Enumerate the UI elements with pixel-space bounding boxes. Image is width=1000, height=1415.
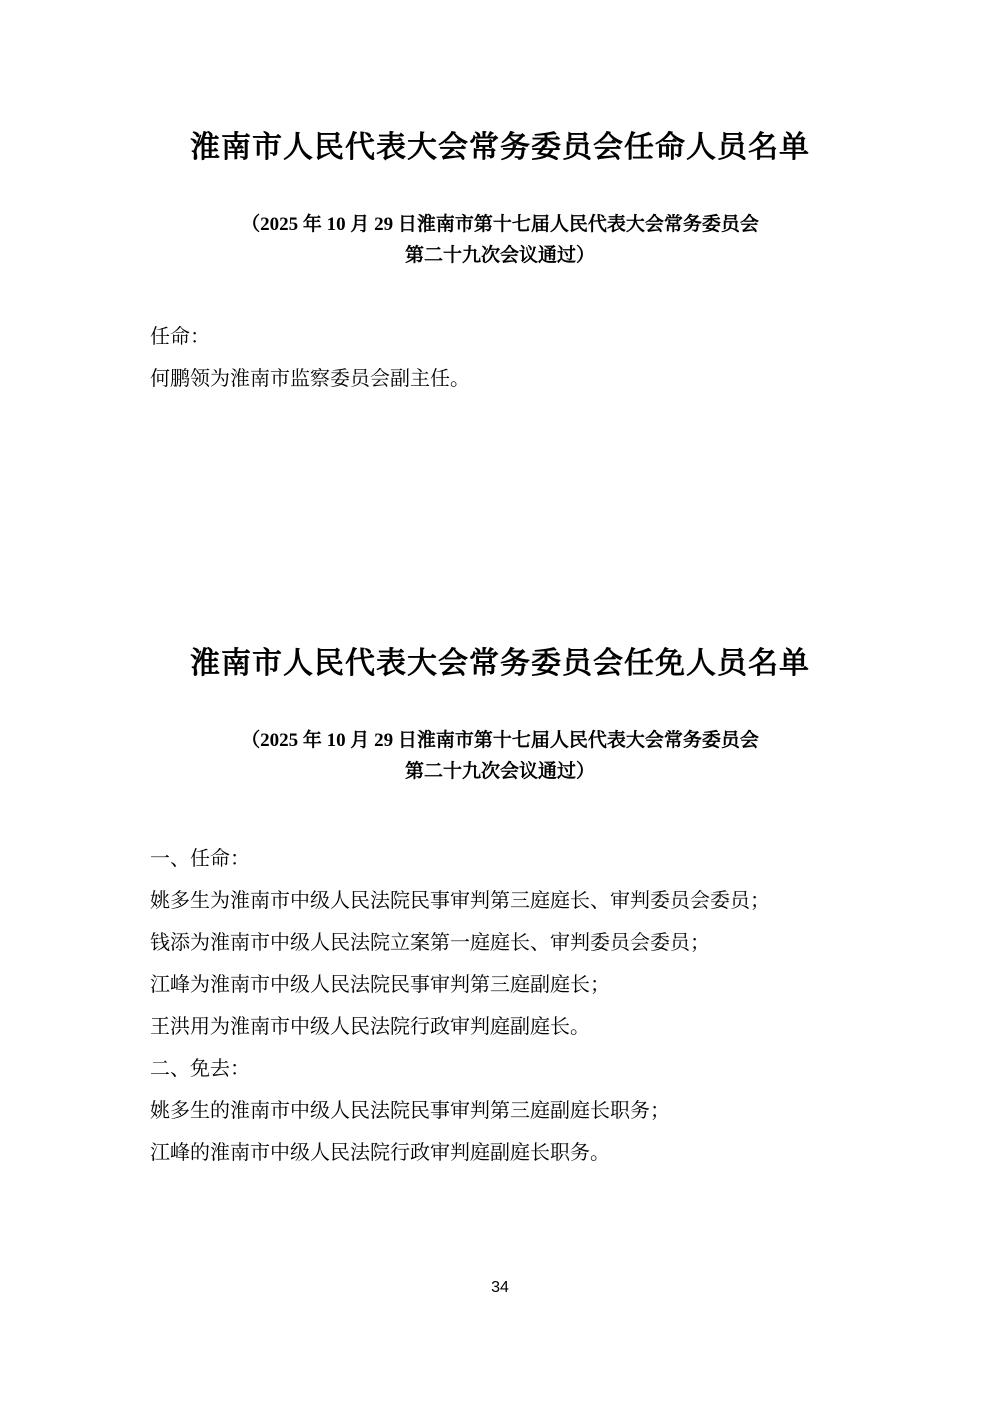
document-page: 淮南市人民代表大会常务委员会任命人员名单 （2025 年 10 月 29 日淮南…	[0, 0, 1000, 1415]
section-1-title: 淮南市人民代表大会常务委员会任命人员名单	[0, 130, 1000, 166]
section-2-subtitle: （2025 年 10 月 29 日淮南市第十七届人民代表大会常务委员会 第二十九…	[0, 725, 1000, 787]
section-1-body: 任命： 何鹏领为淮南市监察委员会副主任。	[150, 316, 850, 400]
section-2-body: 一、任命： 姚多生为淮南市中级人民法院民事审判第三庭庭长、审判委员会委员； 钱添…	[150, 838, 850, 1174]
section-1-subtitle-line-2: 第二十九次会议通过）	[0, 240, 1000, 271]
paragraph: 王洪用为淮南市中级人民法院行政审判庭副庭长。	[150, 1006, 850, 1048]
paragraph: 任命：	[150, 316, 850, 358]
paragraph: 何鹏领为淮南市监察委员会副主任。	[150, 358, 850, 400]
section-1-subtitle-line-1: （2025 年 10 月 29 日淮南市第十七届人民代表大会常务委员会	[0, 209, 1000, 240]
page-number: 34	[0, 1277, 1000, 1299]
section-2-subtitle-line-1: （2025 年 10 月 29 日淮南市第十七届人民代表大会常务委员会	[0, 725, 1000, 756]
paragraph: 钱添为淮南市中级人民法院立案第一庭庭长、审判委员会委员；	[150, 922, 850, 964]
paragraph: 姚多生的淮南市中级人民法院民事审判第三庭副庭长职务；	[150, 1090, 850, 1132]
paragraph: 江峰为淮南市中级人民法院民事审判第三庭副庭长；	[150, 964, 850, 1006]
paragraph: 江峰的淮南市中级人民法院行政审判庭副庭长职务。	[150, 1132, 850, 1174]
paragraph: 姚多生为淮南市中级人民法院民事审判第三庭庭长、审判委员会委员；	[150, 880, 850, 922]
paragraph: 二、免去：	[150, 1048, 850, 1090]
section-1-subtitle: （2025 年 10 月 29 日淮南市第十七届人民代表大会常务委员会 第二十九…	[0, 209, 1000, 271]
section-2-title: 淮南市人民代表大会常务委员会任免人员名单	[0, 646, 1000, 682]
section-2-subtitle-line-2: 第二十九次会议通过）	[0, 756, 1000, 787]
paragraph: 一、任命：	[150, 838, 850, 880]
